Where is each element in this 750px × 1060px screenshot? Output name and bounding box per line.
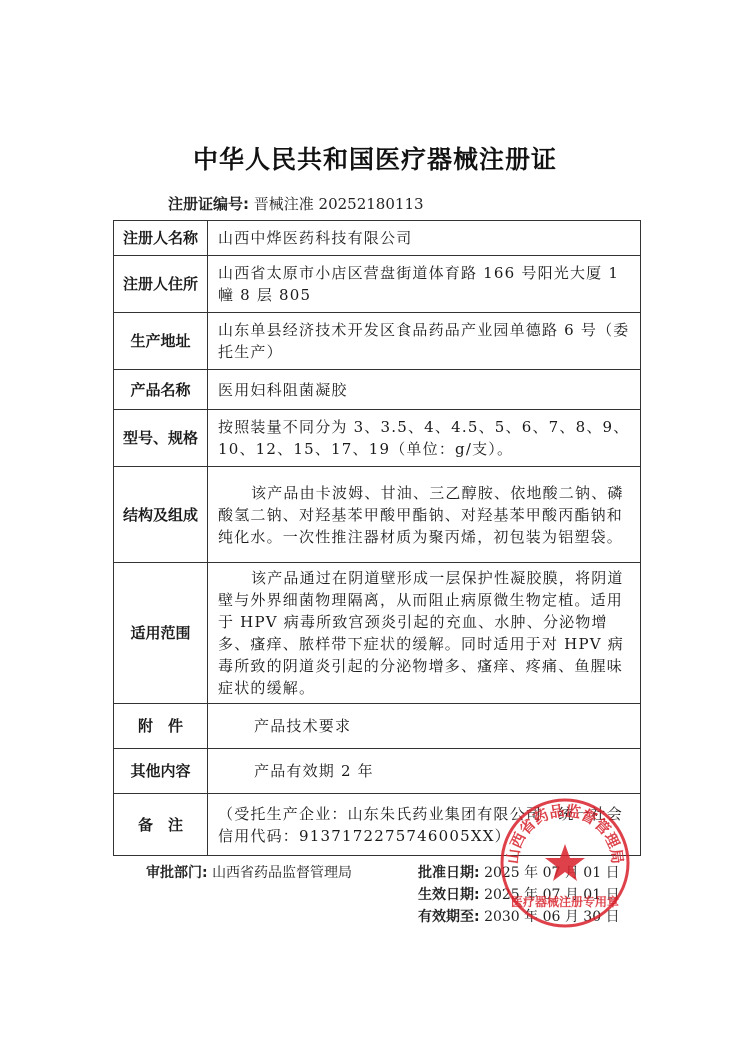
- row-label: 型号、规格: [114, 410, 208, 467]
- row-label: 注册人住所: [114, 256, 208, 313]
- approval-department-label: 审批部门:: [146, 865, 208, 881]
- row-label: 附 件: [114, 704, 208, 749]
- table-row: 备 注 （受托生产企业：山东朱氏药业集团有限公司 统一社会信用代码：913717…: [114, 794, 641, 856]
- row-label: 其他内容: [114, 749, 208, 794]
- remarks: （受托生产企业：山东朱氏药业集团有限公司 统一社会信用代码：9137172275…: [208, 794, 641, 856]
- model-specification: 按照装量不同分为 3、3.5、4、4.5、5、6、7、8、9、10、12、15、…: [208, 410, 641, 467]
- expiry-date: 有效期至: 2030 年 06 月 30 日: [418, 906, 620, 926]
- table-row: 适用范围 该产品通过在阴道壁形成一层保护性凝胶膜，将阴道壁与外界细菌物理隔离，从…: [114, 563, 641, 704]
- attachment: 产品技术要求: [208, 704, 641, 749]
- registrant-address: 山西省太原市小店区营盘街道体育路 166 号阳光大厦 1 幢 8 层 805: [208, 256, 641, 313]
- expiry-date-label: 有效期至:: [418, 909, 480, 925]
- table-row: 注册人名称 山西中烨医药科技有限公司: [114, 221, 641, 256]
- other-content: 产品有效期 2 年: [208, 749, 641, 794]
- approval-department: 审批部门: 山西省药品监督管理局: [146, 862, 352, 882]
- row-label: 适用范围: [114, 563, 208, 704]
- effective-date-label: 生效日期:: [418, 887, 480, 903]
- table-row: 其他内容 产品有效期 2 年: [114, 749, 641, 794]
- registration-number: 注册证编号: 晋械注准 20252180113: [168, 193, 424, 214]
- document-title: 中华人民共和国医疗器械注册证: [0, 140, 750, 176]
- table-row: 注册人住所 山西省太原市小店区营盘街道体育路 166 号阳光大厦 1 幢 8 层…: [114, 256, 641, 313]
- approval-department-value: 山西省药品监督管理局: [212, 865, 352, 881]
- table-row: 结构及组成 该产品由卡波姆、甘油、三乙醇胺、依地酸二钠、磷酸氢二钠、对羟基苯甲酸…: [114, 467, 641, 563]
- row-label: 结构及组成: [114, 467, 208, 563]
- table-row: 附 件 产品技术要求: [114, 704, 641, 749]
- production-address: 山东单县经济技术开发区食品药品产业园单德路 6 号（委托生产）: [208, 313, 641, 370]
- structure-composition: 该产品由卡波姆、甘油、三乙醇胺、依地酸二钠、磷酸氢二钠、对羟基苯甲酸甲酯钠、对羟…: [208, 467, 641, 563]
- row-label: 生产地址: [114, 313, 208, 370]
- product-name: 医用妇科阻菌凝胶: [208, 370, 641, 410]
- table-row: 生产地址 山东单县经济技术开发区食品药品产业园单德路 6 号（委托生产）: [114, 313, 641, 370]
- effective-date: 生效日期: 2025 年 07 月 01 日: [418, 884, 620, 904]
- scope-of-application: 该产品通过在阴道壁形成一层保护性凝胶膜，将阴道壁与外界细菌物理隔离，从而阻止病原…: [208, 563, 641, 704]
- approval-date-value: 2025 年 07 月 01 日: [484, 865, 620, 881]
- registrant-name: 山西中烨医药科技有限公司: [208, 221, 641, 256]
- row-label: 备 注: [114, 794, 208, 856]
- row-label: 产品名称: [114, 370, 208, 410]
- approval-date: 批准日期: 2025 年 07 月 01 日: [418, 862, 620, 882]
- table-row: 型号、规格 按照装量不同分为 3、3.5、4、4.5、5、6、7、8、9、10、…: [114, 410, 641, 467]
- certificate-table: 注册人名称 山西中烨医药科技有限公司 注册人住所 山西省太原市小店区营盘街道体育…: [113, 220, 641, 856]
- registration-number-label: 注册证编号:: [168, 195, 249, 213]
- approval-date-label: 批准日期:: [418, 865, 480, 881]
- effective-date-value: 2025 年 07 月 01 日: [484, 887, 620, 903]
- row-label: 注册人名称: [114, 221, 208, 256]
- expiry-date-value: 2030 年 06 月 30 日: [484, 909, 620, 925]
- registration-number-value: 晋械注准 20252180113: [254, 195, 424, 213]
- table-row: 产品名称 医用妇科阻菌凝胶: [114, 370, 641, 410]
